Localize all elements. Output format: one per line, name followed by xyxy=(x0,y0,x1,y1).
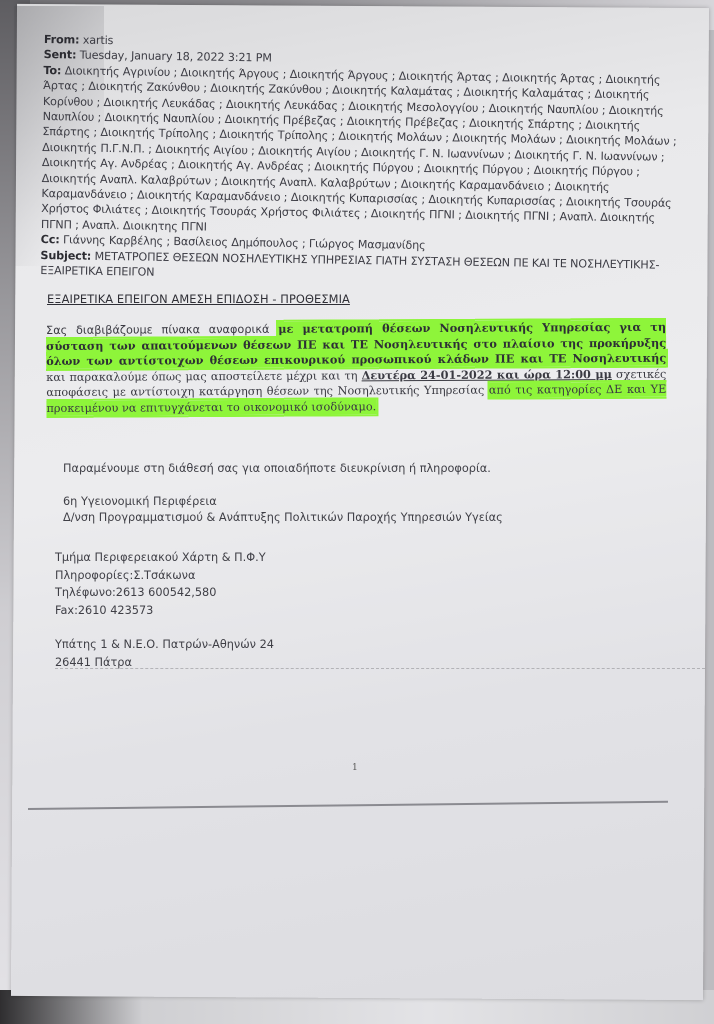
subject-label: Subject: xyxy=(40,249,91,263)
contact-info: Πληροφορίες:Σ.Τσάκωνα xyxy=(55,567,355,585)
to-row: To: Διοικητής Αγρινίου ; Διοικητής Άργου… xyxy=(41,63,684,243)
from-label: From: xyxy=(44,33,80,47)
document-content: From: xartis Sent: Tuesday, January 18, … xyxy=(0,0,714,1024)
sent-label: Sent: xyxy=(44,48,77,62)
footer-rule xyxy=(28,801,668,810)
cc-label: Cc: xyxy=(41,233,60,246)
closing-line: Παραμένουμε στη διάθεσή σας για οποιαδήπ… xyxy=(63,461,623,477)
sent-value: Tuesday, January 18, 2022 3:21 PM xyxy=(80,49,272,65)
to-recipients: Διοικητής Αγρινίου ; Διοικητής Άργους ; … xyxy=(41,64,677,233)
contact-block: Τμήμα Περιφερειακού Χάρτη & Π.Φ.Υ Πληροφ… xyxy=(55,549,355,619)
signature-block: 6η Υγειονομική Περιφέρεια Δ/νση Προγραμμ… xyxy=(63,494,623,526)
email-header: From: xartis Sent: Tuesday, January 18, … xyxy=(40,32,684,289)
signature-dept: Δ/νση Προγραμματισμού & Ανάπτυξης Πολιτι… xyxy=(63,510,623,526)
divider-dashed xyxy=(55,668,705,669)
letter-body: Σας διαβιβάζουμε πίνακα αναφορικά με μετ… xyxy=(46,320,666,417)
contact-fax: Fax:2610 423573 xyxy=(55,602,355,620)
body-lead: Σας διαβιβάζουμε πίνακα αναφορικά xyxy=(46,323,269,337)
contact-phone: Τηλέφωνο:2613 600542,580 xyxy=(55,584,355,602)
address-block: Υπάτης 1 & Ν.Ε.Ο. Πατρών-Αθηνών 24 26441… xyxy=(55,636,355,671)
to-label: To: xyxy=(43,64,61,77)
letter-title: ΕΞΑΙΡΕΤΙΚΑ ΕΠΕΙΓΟΝ ΑΜΕΣΗ ΕΠΙΔΟΣΗ - ΠΡΟΘΕ… xyxy=(47,292,350,306)
address-street: Υπάτης 1 & Ν.Ε.Ο. Πατρών-Αθηνών 24 xyxy=(55,636,355,654)
page-number: 1 xyxy=(352,763,358,773)
body-middle-1: και παρακαλούμε όπως μας αποστείλετε μέχ… xyxy=(46,369,357,384)
deadline-text: Δευτέρα 24-01-2022 και ώρα 12:00 μμ xyxy=(362,367,612,382)
from-value: xartis xyxy=(83,34,114,47)
signature-org: 6η Υγειονομική Περιφέρεια xyxy=(63,494,623,510)
contact-unit: Τμήμα Περιφερειακού Χάρτη & Π.Φ.Υ xyxy=(55,549,355,567)
